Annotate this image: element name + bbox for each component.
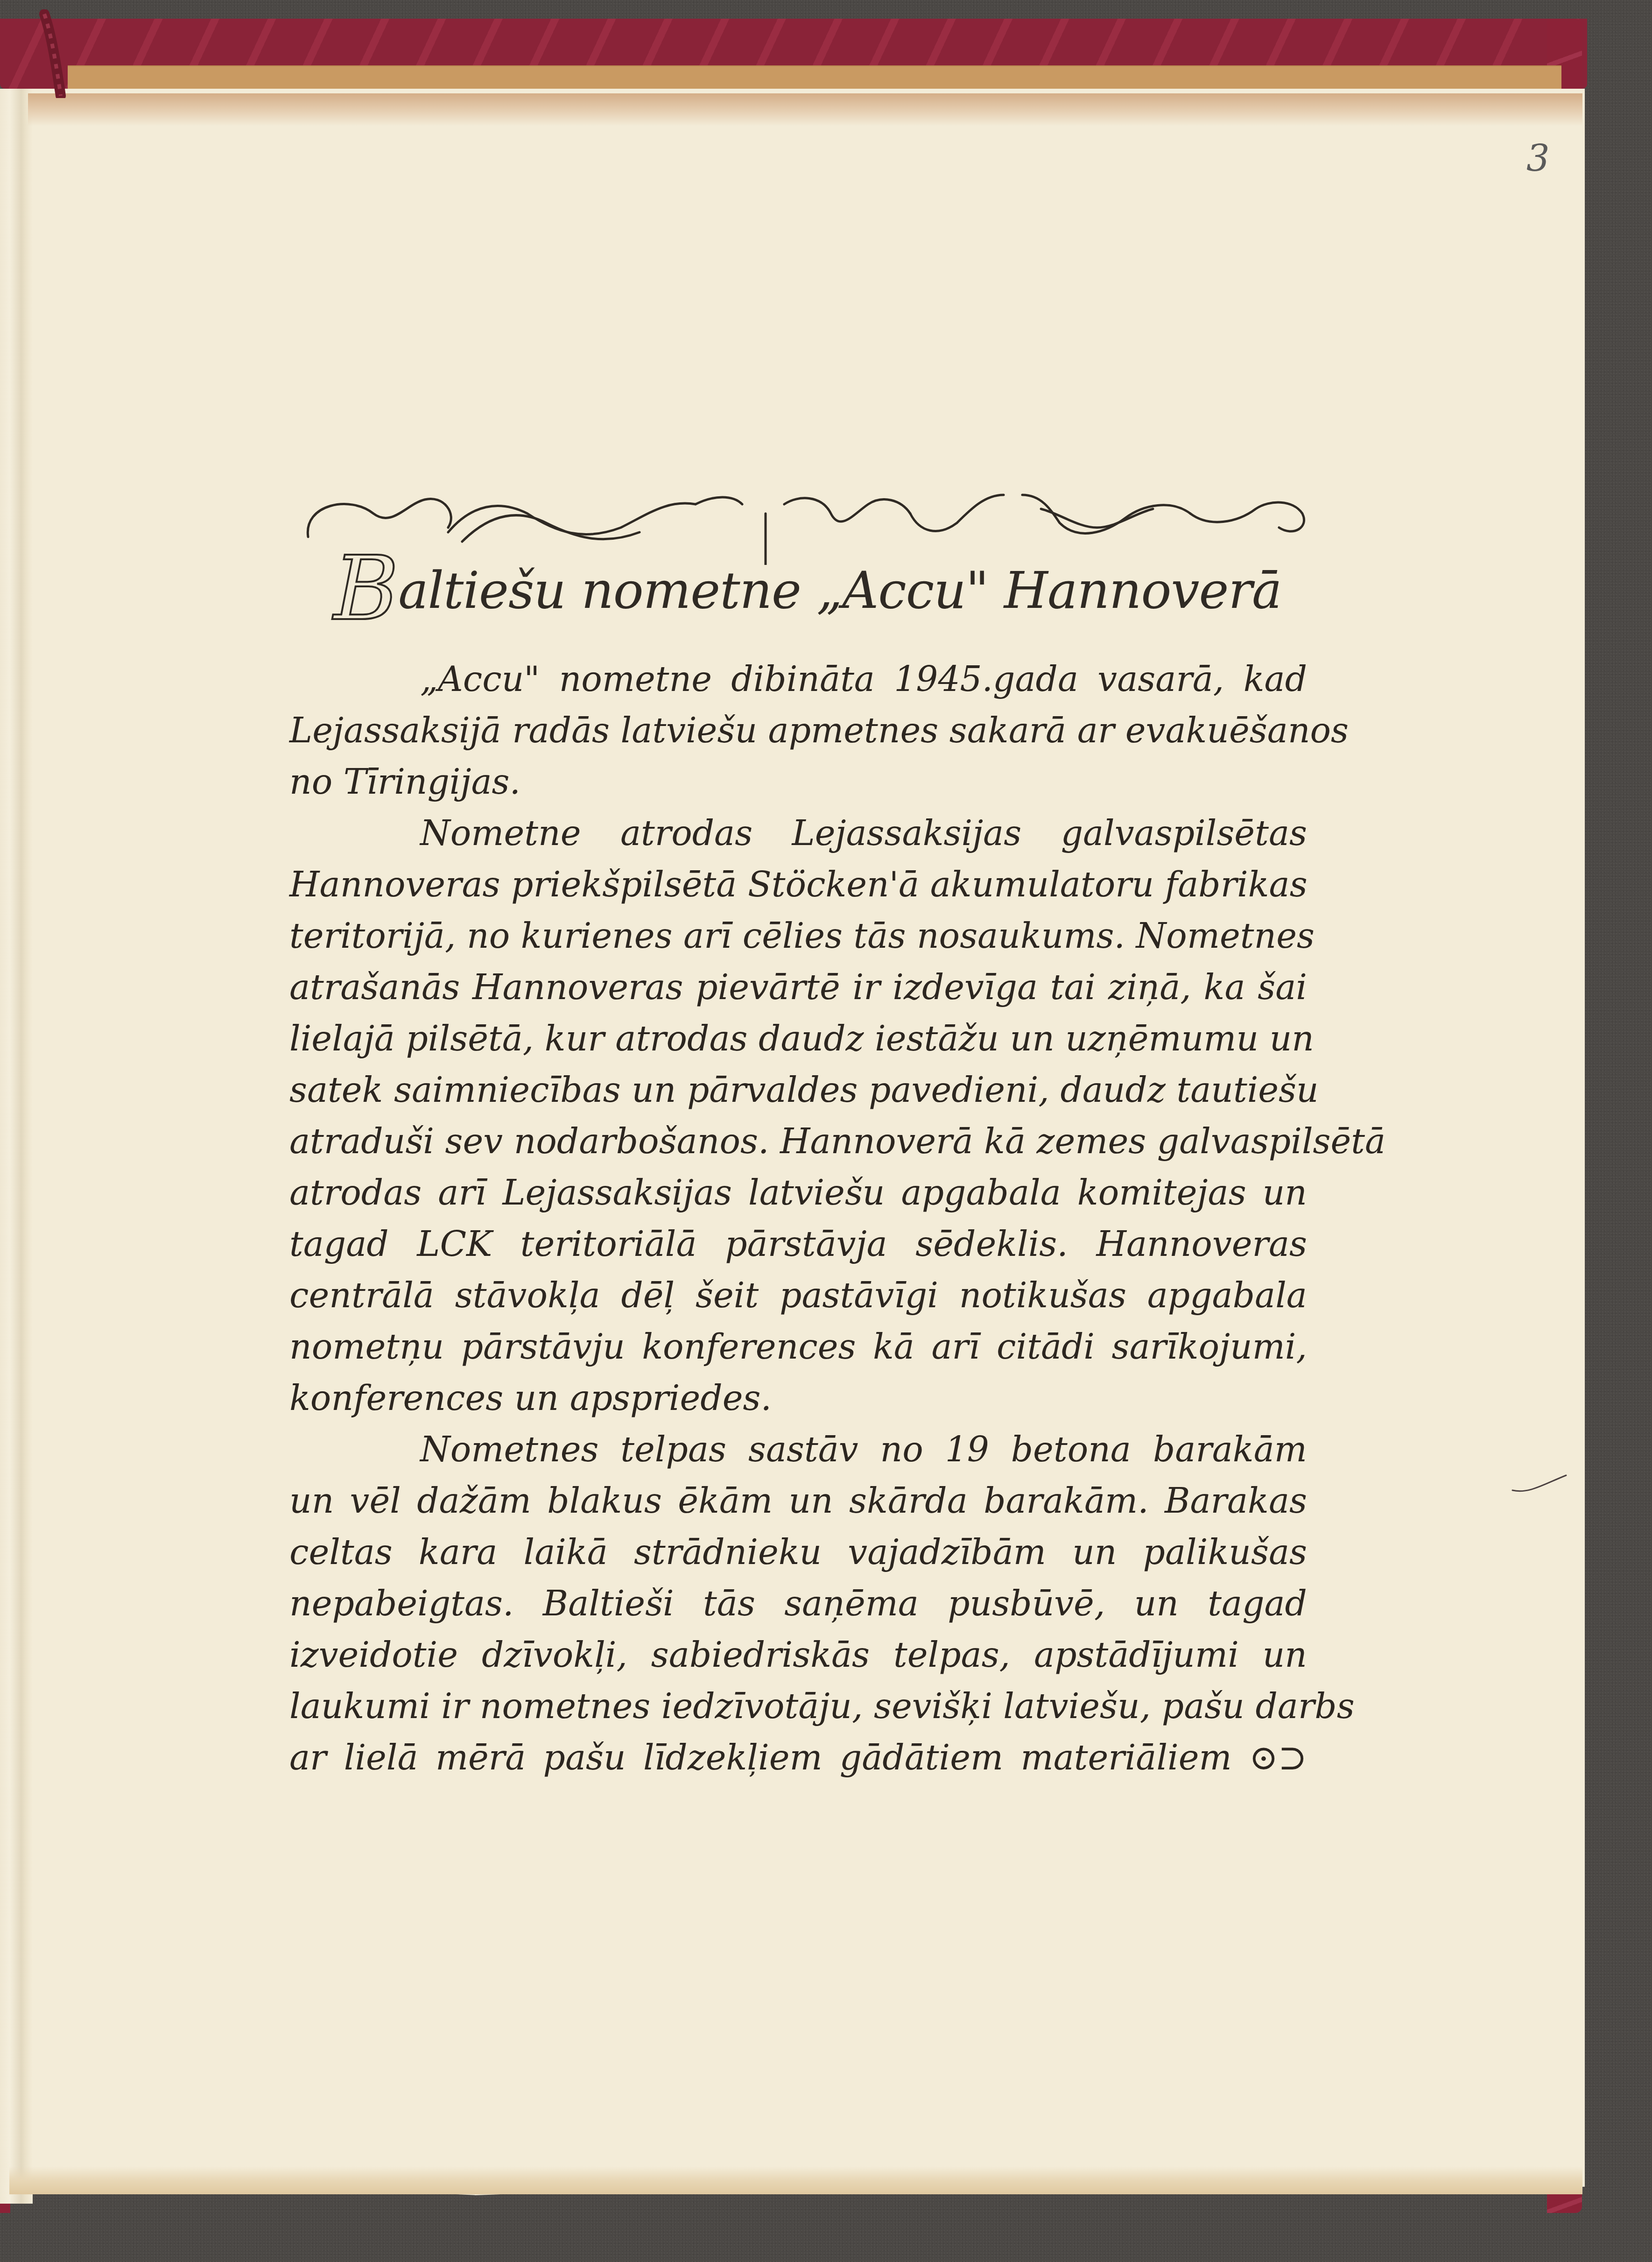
- page-gutter: [0, 89, 33, 2204]
- title-block: Baltiešu nometne „Accu" Hannoverā: [294, 486, 1321, 607]
- pencil-mark-icon: [1510, 1471, 1568, 1494]
- text-line: Nometne atrodas Lejassaksijas galvaspils…: [289, 808, 1307, 859]
- text-line: un vēl dažām blakus ēkām un skārda barak…: [289, 1475, 1307, 1527]
- body-text: „Accu" nometne dibināta 1945.gada vasarā…: [289, 654, 1307, 1783]
- text-line: nepabeigtas. Baltieši tās saņēma pusbūvē…: [289, 1578, 1307, 1629]
- text-line: Hannoveras priekšpilsētā Stöcken'ā akumu…: [289, 859, 1307, 910]
- text-line: Lejassaksijā radās latviešu apmetnes sak…: [289, 705, 1307, 756]
- paragraph-1: „Accu" nometne dibināta 1945.gada vasarā…: [289, 654, 1307, 808]
- text-line: atrašanās Hannoveras pievārtē ir izdevīg…: [289, 962, 1307, 1013]
- text-line: laukumi ir nometnes iedzīvotāju, sevišķi…: [289, 1681, 1307, 1732]
- page-bottom-stain: [9, 2166, 1582, 2194]
- paragraph-3: Nometnes telpas sastāv no 19 betona bara…: [289, 1424, 1307, 1783]
- page-number: 3: [1526, 138, 1550, 180]
- text-line: no Tīringijas.: [289, 756, 1307, 808]
- text-line: tagad LCK teritoriālā pārstāvja sēdeklis…: [289, 1219, 1307, 1270]
- text-line: izveidotie dzīvokļi, sabiedriskās telpas…: [289, 1629, 1307, 1681]
- text-line: konferences un apspriedes.: [289, 1373, 1307, 1424]
- paragraph-2: Nometne atrodas Lejassaksijas galvaspils…: [289, 808, 1307, 1424]
- text-line: celtas kara laikā strādnieku vajadzībām …: [289, 1527, 1307, 1578]
- text-line: teritorijā, no kurienes arī cēlies tās n…: [289, 910, 1307, 962]
- text-line: atraduši sev nodarbošanos. Hannoverā kā …: [289, 1116, 1307, 1167]
- page-title: Baltiešu nometne „Accu" Hannoverā: [294, 537, 1321, 640]
- text-line: ar lielā mērā pašu līdzekļiem gādātiem m…: [289, 1732, 1307, 1783]
- text-line: centrālā stāvokļa dēļ šeit pastāvīgi not…: [289, 1270, 1307, 1321]
- text-line: Nometnes telpas sastāv no 19 betona bara…: [289, 1424, 1307, 1475]
- text-line: satek saimniecības un pārvaldes pavedien…: [289, 1064, 1307, 1116]
- text-line: atrodas arī Lejassaksijas latviešu apgab…: [289, 1167, 1307, 1219]
- text-line: nometņu pārstāvju konferences kā arī cit…: [289, 1321, 1307, 1373]
- title-dropcap: B: [334, 537, 399, 640]
- text-line: „Accu" nometne dibināta 1945.gada vasarā…: [289, 654, 1307, 705]
- page-top-stain: [28, 93, 1582, 126]
- text-line: lielajā pilsētā, kur atrodas daudz iestā…: [289, 1013, 1307, 1064]
- title-text: altiešu nometne „Accu" Hannoverā: [398, 562, 1281, 620]
- bookmark-cord-icon: [33, 9, 75, 98]
